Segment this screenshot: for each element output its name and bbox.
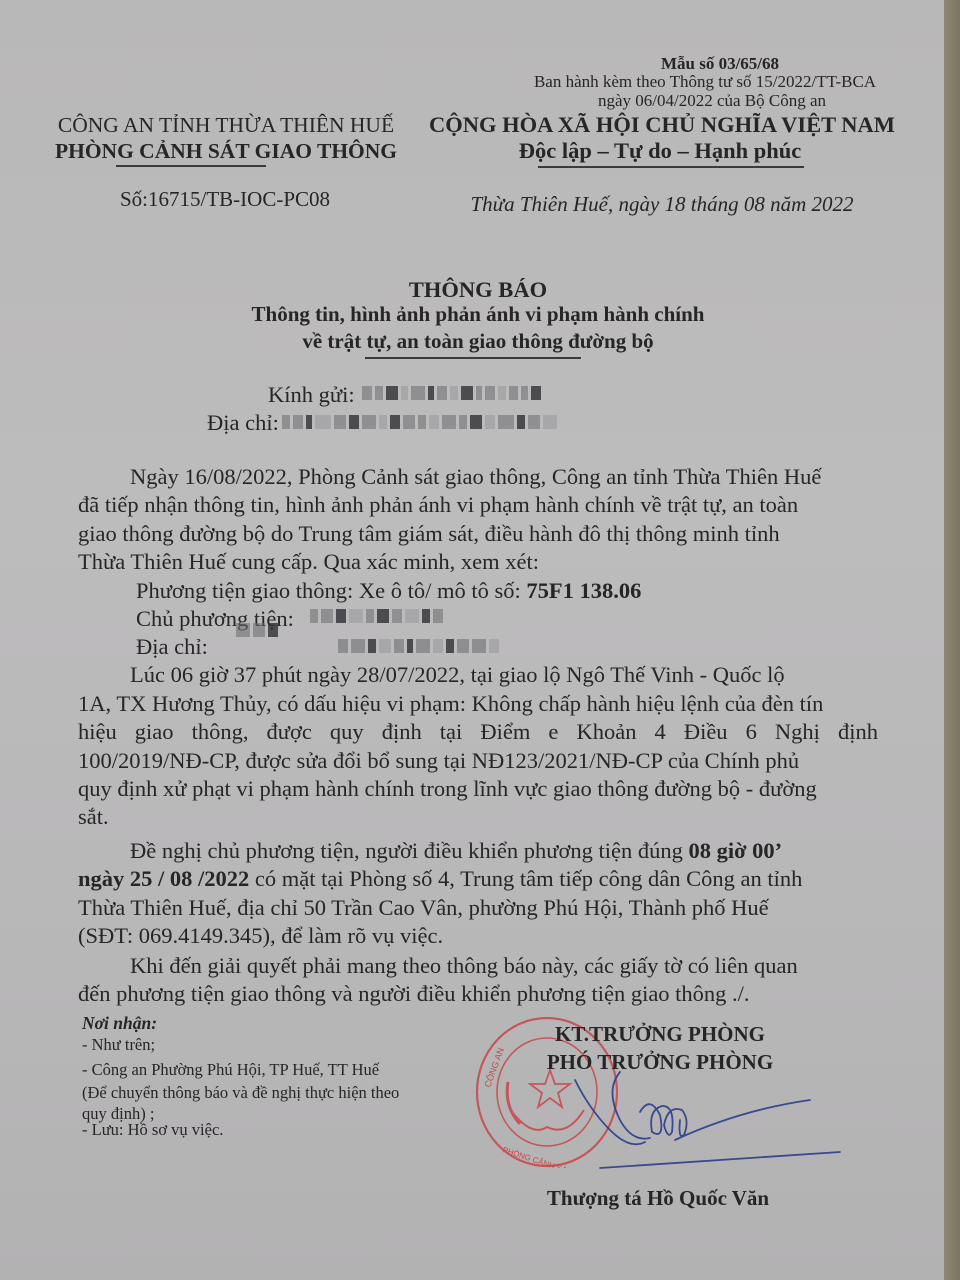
agency-department: PHÒNG CẢNH SÁT GIAO THÔNG [55, 141, 397, 163]
para3-line2-text: có mặt tại Phòng số 4, Trung tâm tiếp cô… [255, 866, 802, 891]
appointment-date: ngày 25 / 08 /2022 [78, 866, 249, 891]
form-number: Mẫu số 03/65/68 [661, 55, 779, 72]
para3-line2: ngày 25 / 08 /2022 có mặt tại Phòng số 4… [78, 868, 802, 891]
country-name: CỘNG HÒA XÃ HỘI CHỦ NGHĨA VIỆT NAM [429, 114, 895, 137]
para3-line4: (SĐT: 069.4149.345), để làm rõ vụ việc. [78, 925, 443, 948]
vehicle-plate: 75F1 138.06 [526, 578, 641, 603]
para1-line2: đã tiếp nhận thông tin, hình ảnh phản án… [78, 494, 798, 517]
address-label: Địa chỉ: [207, 412, 279, 435]
vehicle-line: Phương tiện giao thông: Xe ô tô/ mô tô s… [136, 580, 641, 603]
para3-line3: Thừa Thiên Huế, địa chỉ 50 Trần Cao Vân,… [78, 897, 769, 920]
appointment-time: 08 giờ 00’ [688, 838, 782, 863]
handwritten-signature-icon [560, 1070, 850, 1180]
recipient-2: - Công an Phường Phú Hội, TP Huế, TT Huế [82, 1062, 379, 1079]
owner-value-redacted [310, 606, 443, 626]
recipient-1: - Như trên; [82, 1037, 155, 1054]
para2-line3: hiệu giao thông, được quy định tại Điểm … [78, 721, 878, 744]
owner-address-redacted-a [236, 620, 278, 640]
document-page: Mẫu số 03/65/68 Ban hành kèm theo Thông … [0, 0, 946, 1280]
recipient-3: - Lưu: Hồ sơ vụ việc. [82, 1122, 223, 1139]
owner-address-label: Địa chỉ: [136, 636, 208, 659]
para2-line3-wrap: hiệu giao thông, được quy định tại Điểm … [78, 721, 878, 744]
recipients-heading: Nơi nhận: [82, 1015, 157, 1033]
para2-line6: sắt. [78, 806, 109, 829]
document-subtitle-1: Thông tin, hình ảnh phản ánh vi phạm hàn… [252, 304, 705, 325]
owner-address-redacted-b [338, 636, 499, 656]
para2-line5: quy định xử phạt vi phạm hành chính tron… [78, 778, 817, 801]
recipient-2-note: (Để chuyển thông báo và đề nghị thực hiệ… [82, 1085, 399, 1102]
to-label: Kính gửi: [268, 384, 355, 407]
address-value-redacted [282, 412, 557, 432]
document-number: Số:16715/TB-IOC-PC08 [120, 189, 330, 210]
motto-underline [538, 166, 804, 168]
para2-line1: Lúc 06 giờ 37 phút ngày 28/07/2022, tại … [130, 664, 785, 687]
para1-line1: Ngày 16/08/2022, Phòng Cảnh sát giao thô… [130, 466, 821, 489]
para2-line2: 1A, TX Hương Thủy, có dấu hiệu vi phạm: … [78, 693, 823, 716]
para2-line4: 100/2019/NĐ-CP, được sửa đổi bổ sung tại… [78, 750, 799, 773]
agency-parent: CÔNG AN TỈNH THỪA THIÊN HUẾ [58, 115, 394, 137]
form-issued-with: Ban hành kèm theo Thông tư số 15/2022/TT… [534, 73, 876, 90]
national-motto: Độc lập – Tự do – Hạnh phúc [519, 140, 802, 163]
title-underline [365, 357, 581, 359]
form-issued-date: ngày 06/04/2022 của Bộ Công an [598, 92, 826, 109]
document-title: THÔNG BÁO [409, 279, 547, 302]
place-date: Thừa Thiên Huế, ngày 18 tháng 08 năm 202… [470, 194, 853, 215]
para1-line4: Thừa Thiên Huế cung cấp. Qua xác minh, x… [78, 551, 539, 574]
agency-underline [116, 165, 266, 167]
para3-line1-text: Đề nghị chủ phương tiện, người điều khiể… [130, 838, 683, 863]
signature-title-1: KT.TRƯỞNG PHÒNG [555, 1024, 765, 1045]
to-value-redacted [362, 383, 541, 403]
para1-line3: giao thông đường bộ do Trung tâm giám sá… [78, 523, 780, 546]
para4-line2: đến phương tiện giao thông và người điều… [78, 983, 750, 1006]
vehicle-label: Phương tiện giao thông: Xe ô tô/ mô tô s… [136, 578, 521, 603]
para3-line1: Đề nghị chủ phương tiện, người điều khiể… [130, 840, 782, 863]
para4-line1: Khi đến giải quyết phải mang theo thông … [130, 955, 798, 978]
background-edge [944, 0, 960, 1280]
document-subtitle-2: về trật tự, an toàn giao thông đường bộ [302, 331, 653, 352]
signer-name: Thượng tá Hồ Quốc Văn [547, 1188, 769, 1209]
